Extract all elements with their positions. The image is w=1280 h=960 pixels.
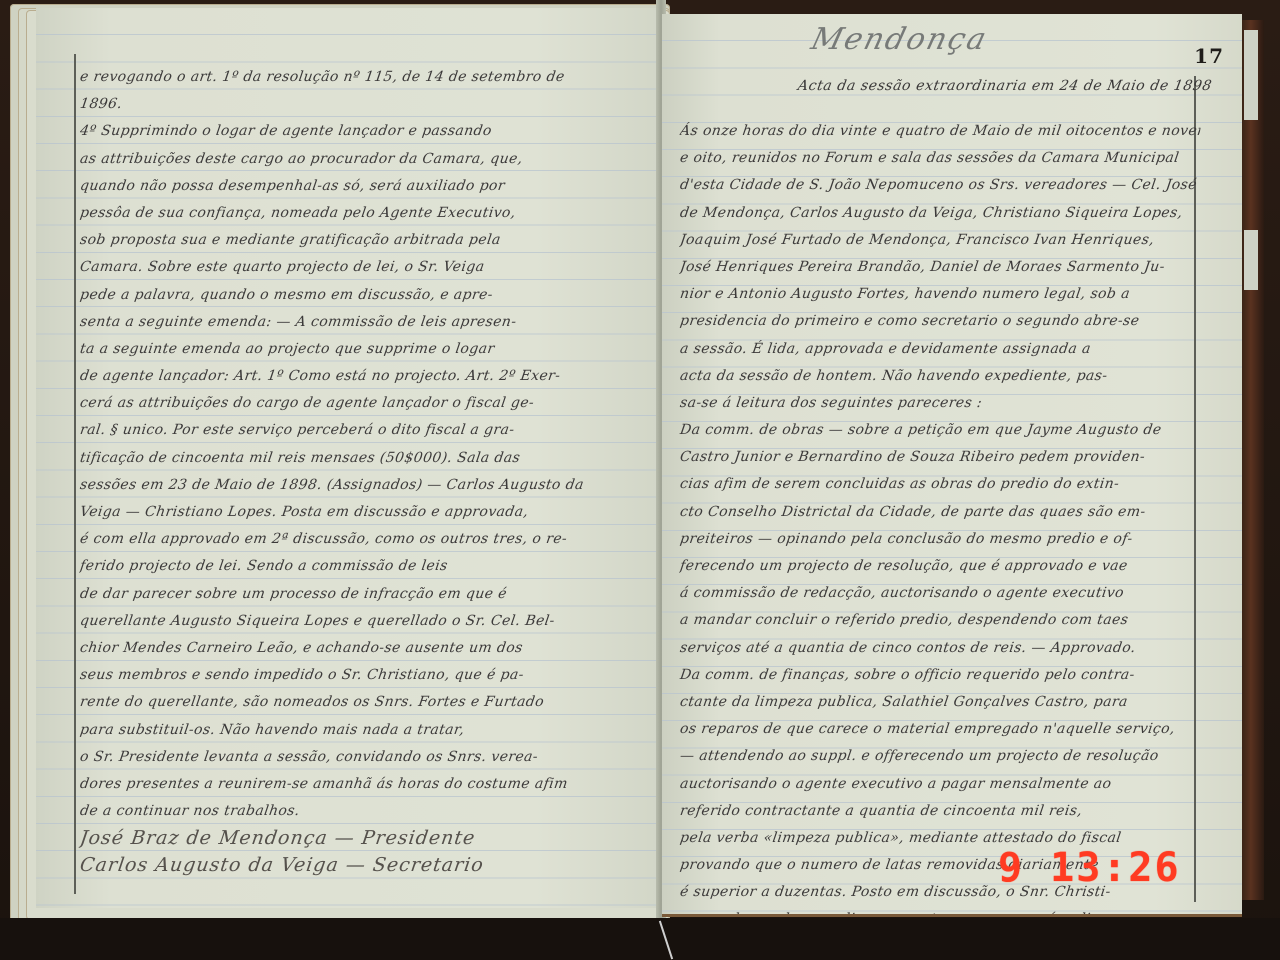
handwritten-line: quando não possa desempenhal-as só, será…	[78, 173, 642, 200]
book-spine-edge	[1242, 20, 1264, 900]
handwritten-line: chior Mendes Carneiro Leão, e achando-se…	[78, 635, 642, 662]
handwritten-line: auctorisando o agente executivo a pagar …	[678, 771, 1202, 798]
handwritten-line: á commissão de redacção, auctorisando o …	[678, 580, 1202, 607]
handwritten-line: cias afim de serem concluidas as obras d…	[678, 471, 1202, 498]
handwritten-line: de a continuar nos trabalhos.	[78, 798, 642, 825]
handwritten-line: senta a seguinte emenda: — A commissão d…	[78, 309, 642, 336]
handwritten-line: e oito, reunidos no Forum e sala das ses…	[678, 145, 1202, 172]
page-tab	[1244, 230, 1258, 290]
handwritten-line: pede a palavra, quando o mesmo em discus…	[78, 282, 642, 309]
handwritten-line: as attribuições deste cargo ao procurado…	[78, 146, 642, 173]
handwritten-line: Da comm. de obras — sobre a petição em q…	[678, 417, 1202, 444]
camera-timestamp: 9 13:26	[998, 845, 1181, 891]
handwritten-line: acta da sessão de hontem. Não havendo ex…	[678, 363, 1202, 390]
page-tab	[1244, 30, 1258, 120]
table-shadow	[0, 918, 1280, 960]
handwritten-line: 4º Supprimindo o logar de agente lançado…	[78, 118, 642, 145]
handwritten-line: o Sr. Presidente levanta a sessão, convi…	[78, 744, 642, 771]
handwritten-line: a mandar concluir o referido predio, des…	[678, 607, 1202, 634]
handwritten-line: para substituil-os. Não havendo mais nad…	[78, 717, 642, 744]
handwritten-line: dores presentes a reunirem-se amanhã ás …	[78, 771, 642, 798]
handwritten-line: Veiga — Christiano Lopes. Posta em discu…	[78, 499, 642, 526]
handwritten-line: serviços até a quantia de cinco contos d…	[678, 635, 1202, 662]
handwritten-line: sa-se á leitura dos seguintes pareceres …	[678, 390, 1202, 417]
handwritten-line: ral. § unico. Por este serviço perceberá…	[78, 417, 642, 444]
handwritten-line: a sessão. É lida, approvada e devidament…	[678, 336, 1202, 363]
right-page-text: Ás onze horas do dia vinte e quatro de M…	[680, 118, 1200, 917]
handwritten-line: presidencia do primeiro e como secretari…	[678, 308, 1202, 335]
left-page: e revogando o art. 1º da resolução nº 11…	[36, 8, 661, 908]
handwritten-line: nior e Antonio Augusto Fortes, havendo n…	[678, 281, 1202, 308]
handwritten-line: pessôa de sua confiança, nomeada pelo Ag…	[78, 200, 642, 227]
handwritten-line: ano pede a palavra e diz que nos termos …	[678, 906, 1202, 917]
handwritten-line: Joaquim José Furtado de Mendonça, Franci…	[678, 227, 1202, 254]
handwritten-line: os reparos de que carece o material empr…	[678, 716, 1202, 743]
open-ledger-book: e revogando o art. 1º da resolução nº 11…	[0, 0, 1280, 960]
handwritten-line: — attendendo ao suppl. e offerecendo um …	[678, 743, 1202, 770]
handwritten-line: preiteiros — opinando pela conclusão do …	[678, 526, 1202, 553]
handwritten-line: José Henriques Pereira Brandão, Daniel d…	[678, 254, 1202, 281]
handwritten-line: sob proposta sua e mediante gratificação…	[78, 227, 642, 254]
handwritten-line: ferido projecto de lei. Sendo a commissã…	[78, 553, 642, 580]
pencil-annotation: Mendonça	[808, 22, 992, 57]
handwritten-line: cto Conselho Districtal da Cidade, de pa…	[678, 499, 1202, 526]
handwritten-line: de Mendonça, Carlos Augusto da Veiga, Ch…	[678, 200, 1202, 227]
handwritten-line: rente do querellante, são nomeados os Sn…	[78, 689, 642, 716]
handwritten-line: d'esta Cidade de S. João Nepomuceno os S…	[678, 172, 1202, 199]
handwritten-line: Da comm. de finanças, sobre o officio re…	[678, 662, 1202, 689]
handwritten-line: e revogando o art. 1º da resolução nº 11…	[78, 64, 642, 91]
signature-line: Carlos Augusto da Veiga — Secretario	[78, 852, 642, 879]
signature-line: José Braz de Mendonça — Presidente	[78, 825, 642, 852]
handwritten-line: seus membros e sendo impedido o Sr. Chri…	[78, 662, 642, 689]
handwritten-line: de agente lançador: Art. 1º Como está no…	[78, 363, 642, 390]
handwritten-line: tificação de cincoenta mil reis mensaes …	[78, 445, 642, 472]
handwritten-line: Castro Junior e Bernardino de Souza Ribe…	[678, 444, 1202, 471]
page-number: 17	[1194, 44, 1224, 68]
handwritten-line: ferecendo um projecto de resolução, que …	[678, 553, 1202, 580]
handwritten-line: 1896.	[78, 91, 642, 118]
margin-rule	[74, 54, 76, 894]
handwritten-line: querellante Augusto Siqueira Lopes e que…	[78, 608, 642, 635]
handwritten-line: referido contractante a quantia de cinco…	[678, 798, 1202, 825]
right-page: Mendonça 17 Acta da sessão extraordinari…	[662, 14, 1242, 917]
handwritten-line: Ás onze horas do dia vinte e quatro de M…	[678, 118, 1202, 145]
handwritten-line: ctante da limpeza publica, Salathiel Gon…	[678, 689, 1202, 716]
handwritten-line: sessões em 23 de Maio de 1898. (Assignad…	[78, 472, 642, 499]
left-page-text: e revogando o art. 1º da resolução nº 11…	[80, 64, 640, 880]
minutes-heading: Acta da sessão extraordinaria em 24 de M…	[797, 78, 1240, 94]
handwritten-line: de dar parecer sobre um processo de infr…	[78, 581, 642, 608]
handwritten-line: é com ella approvado em 2ª discussão, co…	[78, 526, 642, 553]
handwritten-line: cerá as attribuições do cargo de agente …	[78, 390, 642, 417]
handwritten-line: ta a seguinte emenda ao projecto que sup…	[78, 336, 642, 363]
handwritten-line: Camara. Sobre este quarto projecto de le…	[78, 254, 642, 281]
